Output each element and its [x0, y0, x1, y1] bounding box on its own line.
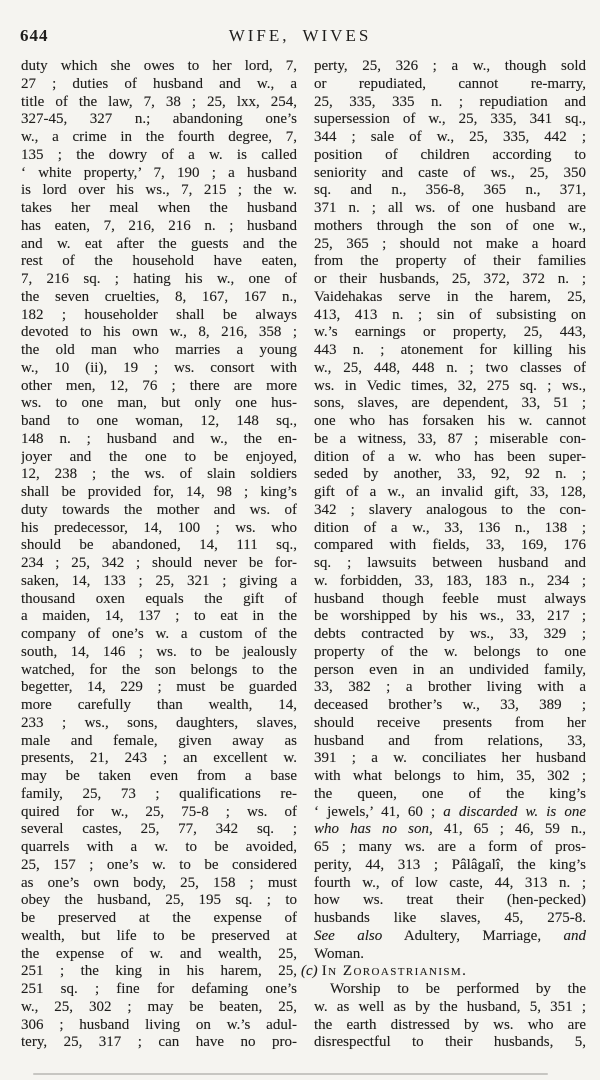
text-line: 65 ; many ws. are a form of pros-: [314, 839, 586, 857]
text-line: 33, 382 ; a brother living with a: [314, 679, 586, 697]
text-line: See also Adultery, Marriage, and: [314, 928, 586, 946]
text-line: family, 25, 73 ; qualifications re-: [21, 786, 297, 804]
text-line: male and female, given away as: [21, 733, 297, 751]
text-line: 413, 413 n. ; sin of subsisting on: [314, 307, 586, 325]
index-text-body: duty which she owes to her lord, 7,27 ; …: [0, 50, 600, 1052]
text-line: w. forbidden, 33, 183, 183 n., 234 ;: [314, 573, 586, 591]
text-line: more carefully than wealth, 14,: [21, 697, 297, 715]
text-line: with what belongs to him, 35, 302 ;: [314, 768, 586, 786]
text-line: 25, 335, 335 n. ; repudiation and: [314, 94, 586, 112]
text-line: husband and from relations, 33,: [314, 733, 586, 751]
text-line: the earth distressed by ws. who are: [314, 1017, 586, 1035]
text-line: be worshipped by his ws., 33, 217 ;: [314, 608, 586, 626]
text-line: Vaidehakas serve in the harem, 25,: [314, 289, 586, 307]
text-line: property of the w. belongs to one: [314, 644, 586, 662]
text-line: w., 10 (ii), 19 ; ws. consort with: [21, 360, 297, 378]
text-line: perty, 25, 326 ; a w., though sold: [314, 58, 586, 76]
text-line: seniority and caste of ws., 25, 350: [314, 165, 586, 183]
text-line: perity, 44, 313 ; Pâlâgalî, the king’s: [314, 857, 586, 875]
text-line: dition of a w. who has been super-: [314, 449, 586, 467]
text-line: ws. to one man, but only one hus-: [21, 395, 297, 413]
text-line: tery, 25, 317 ; can have no pro-: [21, 1034, 297, 1052]
text-line: 182 ; householder shall be always: [21, 307, 297, 325]
text-line: how ws. treat their (hen-pecked): [314, 892, 586, 910]
text-line: husbands like slaves, 45, 275-8.: [314, 910, 586, 928]
text-line: sons, slaves, are dependent, 33, 51 ;: [314, 395, 586, 413]
text-line: thousand oxen equals the gift of: [21, 591, 297, 609]
text-line: w. as well as by the husband, 5, 351 ;: [314, 999, 586, 1017]
text-line: husband though feeble must always: [314, 591, 586, 609]
text-line: gift of a w., an invalid gift, 33, 128,: [314, 484, 586, 502]
text-line: mothers through the son of one w.,: [314, 218, 586, 236]
text-line: joyer and the one to be enjoyed,: [21, 449, 297, 467]
text-line: be preserved at the expense of: [21, 910, 297, 928]
text-line: disrespectful to their husbands, 5,: [314, 1034, 586, 1052]
text-line: position of children according to: [314, 147, 586, 165]
text-line: supersession of w., 25, 335, 341 sq.,: [314, 111, 586, 129]
text-line: deceased brother’s w., 33, 389 ;: [314, 697, 586, 715]
text-line: 391 ; a w. conciliates her husband: [314, 750, 586, 768]
text-line: duty towards the mother and ws. of: [21, 502, 297, 520]
text-line: band to one woman, 12, 148 sq.,: [21, 413, 297, 431]
text-line: is lord over his ws., 7, 215 ; the w.: [21, 182, 297, 200]
text-line: ws. in Vedic times, 32, 275 sq. ; ws.,: [314, 378, 586, 396]
text-line: 25, 365 ; should not make a hoard: [314, 236, 586, 254]
text-line: or their husbands, 25, 372, 372 n. ;: [314, 271, 586, 289]
text-line: watched, for the son belongs to the: [21, 662, 297, 680]
text-line: sq. and n., 356-8, 365 n., 371,: [314, 182, 586, 200]
text-line: Worship to be performed by the: [314, 981, 586, 999]
text-line: has eaten, 7, 216, 216 n. ; husband: [21, 218, 297, 236]
text-line: 251 sq. ; fine for defaming one’s: [21, 981, 297, 999]
text-line: the seven cruelties, 8, 167, 167 n.,: [21, 289, 297, 307]
left-column: duty which she owes to her lord, 7,27 ; …: [21, 58, 297, 1052]
right-column: perty, 25, 326 ; a w., though soldor rep…: [314, 58, 586, 1052]
text-line: 148 n. ; husband and w., the en-: [21, 431, 297, 449]
text-line: 135 ; the dowry of a w. is called: [21, 147, 297, 165]
text-line: person even in an undivided family,: [314, 662, 586, 680]
text-line: several castes, 25, 77, 342 sq. ;: [21, 821, 297, 839]
text-line: and w. eat after the guests and the: [21, 236, 297, 254]
text-line: presents, 21, 243 ; an excellent w.: [21, 750, 297, 768]
text-line: obey the husband, 25, 195 sq. ; to: [21, 892, 297, 910]
text-line: w., 25, 302 ; may be beaten, 25,: [21, 999, 297, 1017]
text-line: w., 25, 448, 448 n. ; two classes of: [314, 360, 586, 378]
text-line: sq. ; lawsuits between husband and: [314, 555, 586, 573]
text-line: 443 n. ; atonement for killing his: [314, 342, 586, 360]
text-line: 27 ; duties of husband and w., a: [21, 76, 297, 94]
text-line: (c) In Zoroastrianism.: [301, 963, 586, 981]
text-line: 25, 157 ; one’s w. to be considered: [21, 857, 297, 875]
text-line: as one’s own body, 25, 158 ; must: [21, 875, 297, 893]
text-line: 342 ; slavery analogous to the con-: [314, 502, 586, 520]
text-line: 7, 216 sq. ; hating his w., one of: [21, 271, 297, 289]
text-line: or repudiated, cannot re-marry,: [314, 76, 586, 94]
page-header: 644 WIFE, WIVES: [0, 0, 600, 50]
text-line: his predecessor, 14, 100 ; ws. who: [21, 520, 297, 538]
text-line: 371 n. ; all ws. of one husband are: [314, 200, 586, 218]
text-line: the old man who marries a young: [21, 342, 297, 360]
text-line: 251 ; the king in his harem, 25,: [21, 963, 297, 981]
text-line: seded by another, 33, 92, 92 n. ;: [314, 466, 586, 484]
text-line: should receive presents from her: [314, 715, 586, 733]
text-line: duty which she owes to her lord, 7,: [21, 58, 297, 76]
text-line: one who has forsaken his w. cannot: [314, 413, 586, 431]
text-line: the expense of w. and wealth, 25,: [21, 946, 297, 964]
text-line: 12, 238 ; the ws. of slain soldiers: [21, 466, 297, 484]
text-line: be a witness, 33, 87 ; miserable con-: [314, 431, 586, 449]
text-line: quarrels with a w. to be avoided,: [21, 839, 297, 857]
text-line: may be taken even from a base: [21, 768, 297, 786]
text-line: 344 ; sale of w., 25, 335, 442 ;: [314, 129, 586, 147]
text-line: title of the law, 7, 38 ; 25, lxx, 254,: [21, 94, 297, 112]
text-line: 234 ; 25, 342 ; should never be for-: [21, 555, 297, 573]
text-line: wealth, but life to be preserved at: [21, 928, 297, 946]
text-line: w.’s earnings or property, 25, 443,: [314, 324, 586, 342]
text-line: other men, 12, 76 ; there are more: [21, 378, 297, 396]
text-line: debts contracted by ws., 33, 329 ;: [314, 626, 586, 644]
text-line: 327-45, 327 n.; abandoning one’s: [21, 111, 297, 129]
text-line: quired for w., 25, 75-8 ; ws. of: [21, 804, 297, 822]
text-line: compared with fields, 33, 169, 176: [314, 537, 586, 555]
text-line: begetter, 14, 229 ; must be guarded: [21, 679, 297, 697]
text-line: devoted to his own w., 8, 216, 358 ;: [21, 324, 297, 342]
text-line: ‘ white property,’ 7, 190 ; a husband: [21, 165, 297, 183]
text-line: south, 14, 146 ; ws. to be jealously: [21, 644, 297, 662]
text-line: shall be provided for, 14, 98 ; king’s: [21, 484, 297, 502]
page-title: WIFE, WIVES: [0, 26, 600, 46]
text-line: dition of a w., 33, 136 n., 138 ;: [314, 520, 586, 538]
text-line: should be abandoned, 14, 111 sq.,: [21, 537, 297, 555]
text-line: Woman.: [314, 946, 586, 964]
text-line: ‘ jewels,’ 41, 60 ; a discarded w. is on…: [314, 804, 586, 822]
text-line: who has no son, 41, 65 ; 46, 59 n.,: [314, 821, 586, 839]
text-line: w., a crime in the fourth degree, 7,: [21, 129, 297, 147]
text-line: saken, 14, 133 ; 25, 321 ; giving a: [21, 573, 297, 591]
text-line: 233 ; ws., sons, daughters, slaves,: [21, 715, 297, 733]
text-line: 306 ; husband living on w.’s adul-: [21, 1017, 297, 1035]
text-line: rest of the household have eaten,: [21, 253, 297, 271]
text-line: the queen, one of the king’s: [314, 786, 586, 804]
scan-artifact-line: [33, 1073, 548, 1075]
text-line: a maiden, 14, 137 ; to eat in the: [21, 608, 297, 626]
text-line: from the property of their families: [314, 253, 586, 271]
text-line: takes her meal when the husband: [21, 200, 297, 218]
text-line: company of one’s w. a custom of the: [21, 626, 297, 644]
text-line: fourth w., of low caste, 44, 313 n. ;: [314, 875, 586, 893]
